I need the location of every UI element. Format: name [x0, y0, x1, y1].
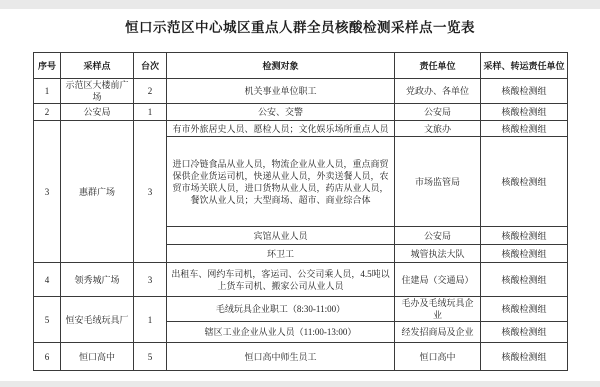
- col-header-sampling-unit: 采样、转运责任单位: [481, 53, 568, 79]
- table-row: 6 恒口高中 5 恒口高中师生员工 恒口高中 核酸检测组: [34, 343, 568, 371]
- col-header-target: 检测对象: [167, 53, 395, 79]
- unit-cell: 经发招商局及企业: [395, 322, 481, 343]
- unit-cell: 文旅办: [395, 121, 481, 137]
- table-row: 2 公安局 1 公安、交警 公安局 核酸检测组: [34, 104, 568, 121]
- stations-cell: 1: [134, 297, 167, 343]
- serial-cell: 5: [34, 297, 61, 343]
- stations-cell: 5: [134, 343, 167, 371]
- target-cell: 环卫工: [167, 245, 395, 263]
- serial-cell: 1: [34, 79, 61, 104]
- site-cell: 恒口高中: [61, 343, 134, 371]
- sampling-unit-cell: 核酸检测组: [481, 121, 568, 137]
- sampling-unit-cell: 核酸检测组: [481, 227, 568, 245]
- table-row: 5 恒安毛绒玩具厂 1 毛绒玩具企业职工（8:30-11:00） 毛办及毛绒玩具…: [34, 297, 568, 322]
- serial-cell: 4: [34, 263, 61, 297]
- col-header-site: 采样点: [61, 53, 134, 79]
- site-cell: 惠群广场: [61, 121, 134, 263]
- page-top-edge: [0, 0, 600, 9]
- col-header-serial: 序号: [34, 53, 61, 79]
- unit-cell: 毛办及毛绒玩具企业: [395, 297, 481, 322]
- table-row: 1 示范区大楼前广场 2 机关事业单位职工 党政办、各单位 核酸检测组: [34, 79, 568, 104]
- unit-cell: 公安局: [395, 104, 481, 121]
- col-header-unit: 责任单位: [395, 53, 481, 79]
- sampling-unit-cell: 核酸检测组: [481, 79, 568, 104]
- target-cell: 毛绒玩具企业职工（8:30-11:00）: [167, 297, 395, 322]
- sampling-unit-cell: 核酸检测组: [481, 297, 568, 322]
- site-cell: 恒安毛绒玩具厂: [61, 297, 134, 343]
- page-bottom-edge: [0, 381, 600, 387]
- site-cell: 领秀城广场: [61, 263, 134, 297]
- target-cell: 进口冷链食品从业人员，物流企业从业人员，重点商贸保供企业货运司机，快递从业人员，…: [167, 137, 395, 227]
- target-cell: 出租车、网约车司机，客运司、公交司乘人员，4.5吨以上货车司机、搬家公司从业人员: [167, 263, 395, 297]
- stations-cell: 1: [134, 104, 167, 121]
- unit-cell: 党政办、各单位: [395, 79, 481, 104]
- sampling-unit-cell: 核酸检测组: [481, 263, 568, 297]
- sampling-unit-cell: 核酸检测组: [481, 322, 568, 343]
- serial-cell: 2: [34, 104, 61, 121]
- site-cell: 示范区大楼前广场: [61, 79, 134, 104]
- table-row: 3 惠群广场 3 有市外旅居史人员、愿检人员；文化娱乐场所重点人员 文旅办 核酸…: [34, 121, 568, 137]
- table-header-row: 序号 采样点 台次 检测对象 责任单位 采样、转运责任单位: [34, 53, 568, 79]
- unit-cell: 恒口高中: [395, 343, 481, 371]
- stations-cell: 3: [134, 263, 167, 297]
- target-cell: 宾馆从业人员: [167, 227, 395, 245]
- sampling-unit-cell: 核酸检测组: [481, 245, 568, 263]
- sampling-unit-cell: 核酸检测组: [481, 104, 568, 121]
- stations-cell: 3: [134, 121, 167, 263]
- sampling-unit-cell: 核酸检测组: [481, 343, 568, 371]
- page-title: 恒口示范区中心城区重点人群全员核酸检测采样点一览表: [0, 16, 600, 36]
- unit-cell: 住建局（交通局）: [395, 263, 481, 297]
- target-cell: 恒口高中师生员工: [167, 343, 395, 371]
- col-header-stations: 台次: [134, 53, 167, 79]
- sampling-unit-cell: 核酸检测组: [481, 137, 568, 227]
- serial-cell: 3: [34, 121, 61, 263]
- unit-cell: 公安局: [395, 227, 481, 245]
- target-cell: 有市外旅居史人员、愿检人员；文化娱乐场所重点人员: [167, 121, 395, 137]
- sampling-points-table: 序号 采样点 台次 检测对象 责任单位 采样、转运责任单位 1 示范区大楼前广场…: [33, 52, 568, 371]
- target-cell: 公安、交警: [167, 104, 395, 121]
- site-cell: 公安局: [61, 104, 134, 121]
- unit-cell: 城管执法大队: [395, 245, 481, 263]
- table-row: 4 领秀城广场 3 出租车、网约车司机，客运司、公交司乘人员，4.5吨以上货车司…: [34, 263, 568, 297]
- target-cell: 机关事业单位职工: [167, 79, 395, 104]
- unit-cell: 市场监管局: [395, 137, 481, 227]
- serial-cell: 6: [34, 343, 61, 371]
- target-cell: 辖区工业企业从业人员（11:00-13:00）: [167, 322, 395, 343]
- stations-cell: 2: [134, 79, 167, 104]
